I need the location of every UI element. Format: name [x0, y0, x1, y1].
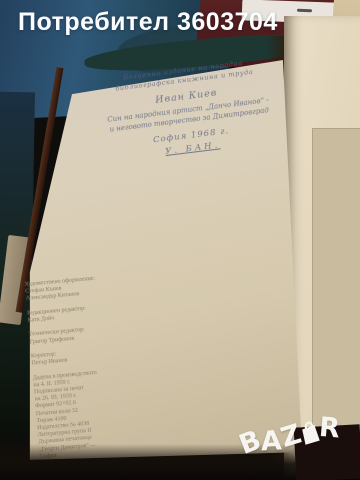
watermark-letter: R	[318, 414, 341, 443]
listing-photo[interactable]: Безценно издание на народнабиблиографска…	[0, 0, 360, 480]
seller-username: Потребител 3603704	[18, 8, 278, 37]
colophon-text: Художествено оформление:Стефан КъневАлек…	[24, 271, 167, 461]
drawer-handle	[297, 9, 312, 13]
